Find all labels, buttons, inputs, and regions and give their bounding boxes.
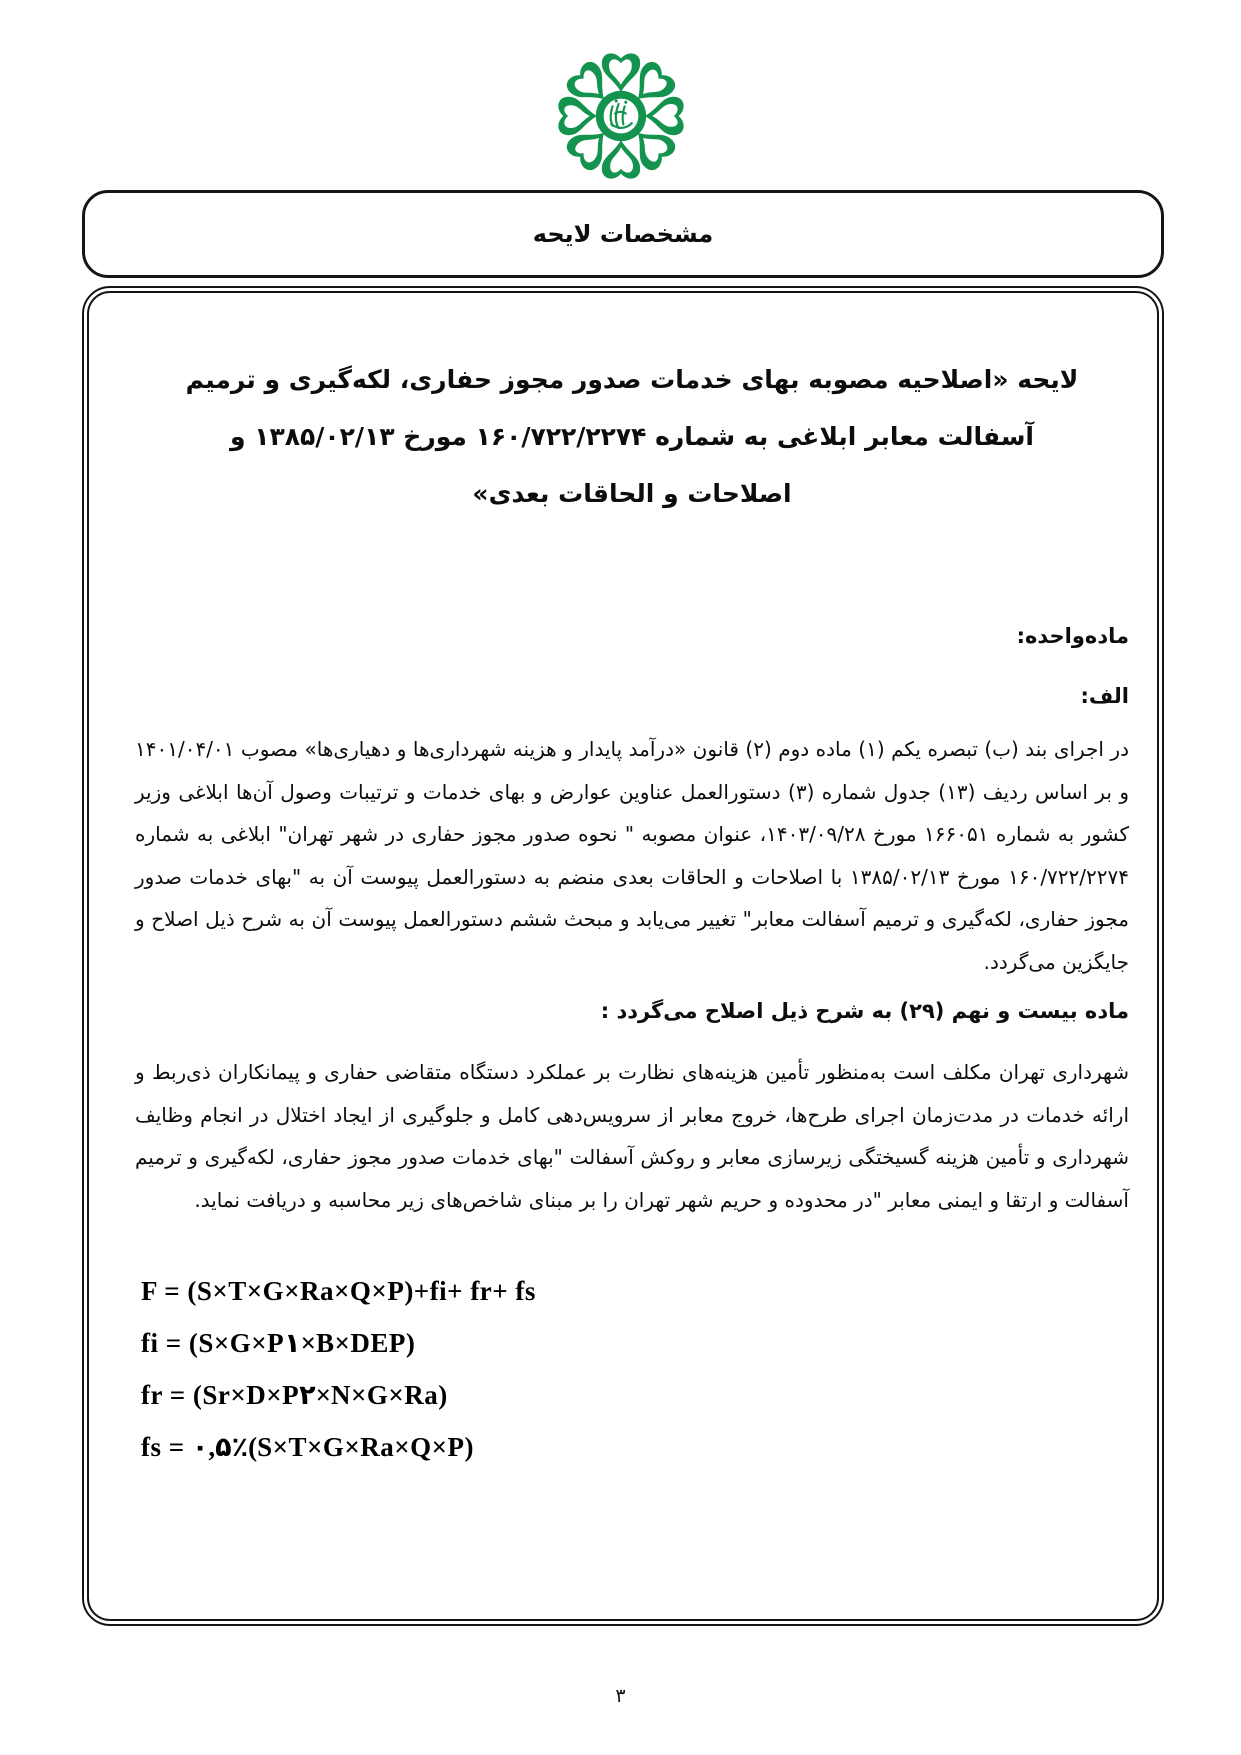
formulas-block: F = (S×T×G×Ra×Q×P)+fi+ fr+ fs fi = (S×G×…	[141, 1265, 1129, 1473]
clause-a-heading: الف:	[135, 684, 1129, 708]
document-title-line-2: آسفالت معابر ابلاغی به شماره ۱۶۰/۷۲۲/۲۲۷…	[165, 408, 1099, 465]
document-title: لایحه «اصلاحیه مصوبه بهای خدمات صدور مجو…	[135, 351, 1129, 522]
tehran-municipality-logo-icon	[545, 44, 697, 188]
document-title-line-3: اصلاحات و الحاقات بعدی»	[165, 465, 1099, 522]
bill-specs-box: مشخصات لایحه	[82, 190, 1164, 278]
preamble-paragraph: در اجرای بند (ب) تبصره یکم (۱) ماده دوم …	[135, 728, 1129, 983]
formula-fr: fr = (Sr×D×P۲×N×G×Ra)	[141, 1369, 1129, 1421]
formula-f: F = (S×T×G×Ra×Q×P)+fi+ fr+ fs	[141, 1265, 1129, 1317]
article-29-heading: ماده بیست و نهم (۲۹) به شرح ذیل اصلاح می…	[135, 991, 1129, 1031]
bill-specs-title: مشخصات لایحه	[533, 220, 713, 248]
article-29-paragraph: شهرداری تهران مکلف است به‌منظور تأمین هز…	[135, 1051, 1129, 1221]
formula-fs: fs = ۰,۵٪(S×T×G×Ra×Q×P)	[141, 1421, 1129, 1473]
document-title-line-1: لایحه «اصلاحیه مصوبه بهای خدمات صدور مجو…	[165, 351, 1099, 408]
page-number: ۳	[0, 1685, 1241, 1707]
formula-fi: fi = (S×G×P۱×B×DEP)	[141, 1317, 1129, 1369]
single-article-heading: ماده‌واحده:	[135, 624, 1129, 648]
document-page: مشخصات لایحه لایحه «اصلاحیه مصوبه بهای خ…	[0, 0, 1241, 1755]
document-body-box: لایحه «اصلاحیه مصوبه بهای خدمات صدور مجو…	[82, 286, 1164, 1626]
